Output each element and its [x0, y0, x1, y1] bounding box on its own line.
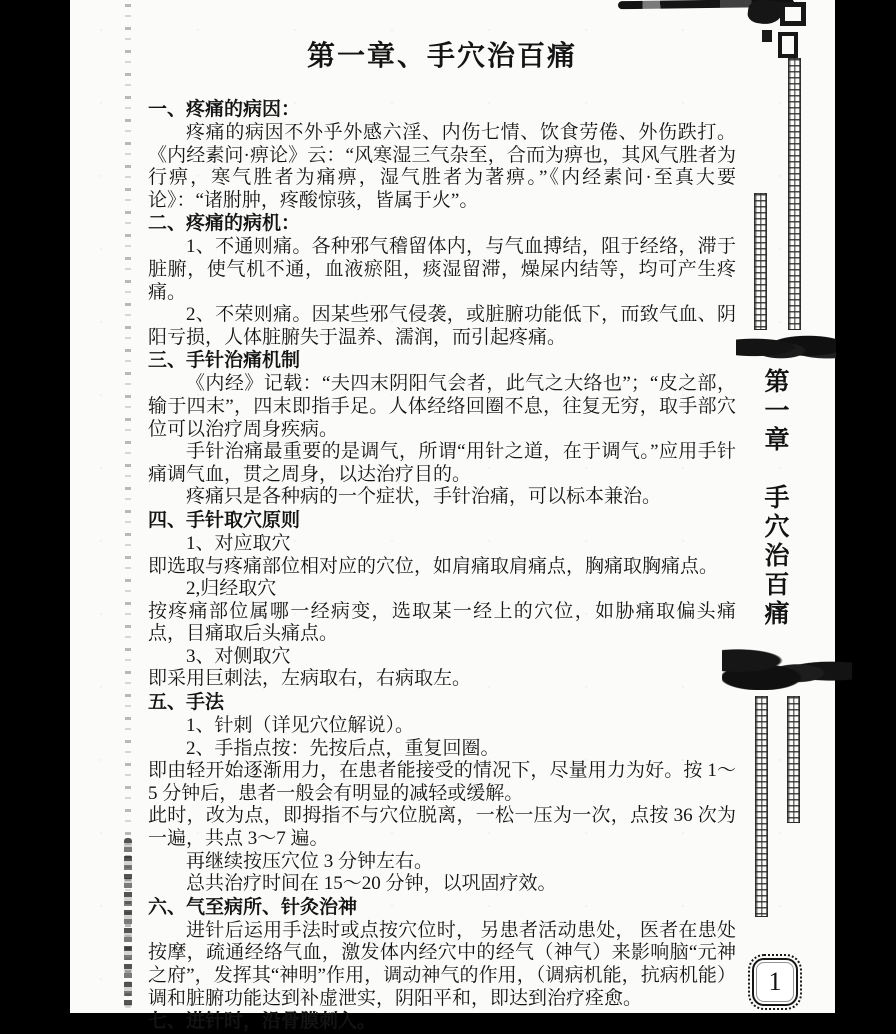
paragraph: 按疼痛部位属哪一经病变，选取某一经上的穴位，如胁痛取偏头痛点，目痛取后头痛点。	[148, 601, 736, 646]
paragraph: 即采用巨刺法，左病取右，右病取左。	[148, 668, 736, 691]
section: 五、手法1、针刺（详见穴位解说）。2、手指点按：先按后点，重复回圈。即由轻开始逐…	[148, 691, 736, 896]
scanned-book-page: 第一章、手穴治百痛 一、疼痛的病因：疼痛的病因不外乎外感六淫、内伤七情、饮食劳倦…	[70, 0, 835, 1013]
section: 三、手针治痛机制《内经》记载：“夫四末阴阳气会者，此气之大络也”；“皮之部，输于…	[148, 349, 736, 509]
section: 一、疼痛的病因：疼痛的病因不外乎外感六淫、内伤七情、饮食劳倦、外伤跌打。《内经素…	[148, 98, 736, 212]
paragraph: 3、对侧取穴	[148, 646, 736, 669]
paragraph: 1、不通则痛。各种邪气稽留体内，与气血搏结，阻于经络，滞于脏腑，使气机不通，血液…	[148, 236, 736, 304]
paragraph: 2、手指点按：先按后点，重复回圈。	[148, 738, 736, 761]
section-heading: 一、疼痛的病因：	[148, 98, 736, 122]
paragraph: 进针后运用手法时或点按穴位时， 另患者活动患处， 医者在患处按摩，疏通经络气血，…	[148, 920, 736, 1010]
page-number-badge: 1	[752, 958, 798, 1006]
section-heading: 五、手法	[148, 691, 736, 715]
section-heading: 四、手针取穴原则	[148, 509, 736, 533]
meander-chain-strip-icon	[754, 193, 767, 330]
margin-chapter-title-vertical: 第一章 手穴治百痛	[756, 368, 792, 668]
section-heading: 七、进针时，沿骨膜刺入。	[148, 1010, 736, 1020]
corner-meander-ornament-icon	[748, 0, 814, 62]
paragraph: 总共治疗时间在 15～20 分钟，以巩固疗效。	[148, 873, 736, 896]
section: 六、气至病所、针灸治神进针后运用手法时或点按穴位时， 另患者活动患处， 医者在患…	[148, 896, 736, 1010]
binding-gutter-noise-dark	[124, 838, 132, 1008]
corner-dot	[762, 30, 772, 42]
paragraph: 此时，改为点，即拇指不与穴位脱离，一松一压为一次，点按 36 次为一遍，共点 3…	[148, 805, 736, 850]
section-heading: 二、疼痛的病机：	[148, 212, 736, 236]
meander-chain-strip-icon	[787, 696, 800, 823]
ink-blot-ornament-icon	[736, 333, 836, 365]
paragraph: 疼痛的病因不外乎外感六淫、内伤七情、饮食劳倦、外伤跌打。《内经素问·痹论》云：“…	[148, 122, 736, 212]
section-heading: 六、气至病所、针灸治神	[148, 896, 736, 920]
sections-container: 一、疼痛的病因：疼痛的病因不外乎外感六淫、内伤七情、饮食劳倦、外伤跌打。《内经素…	[148, 98, 736, 1020]
chapter-title: 第一章、手穴治百痛	[148, 20, 736, 74]
section: 二、疼痛的病机：1、不通则痛。各种邪气稽留体内，与气血搏结，阻于经络，滞于脏腑，…	[148, 212, 736, 349]
corner-square-small	[778, 32, 798, 58]
section-heading: 三、手针治痛机制	[148, 349, 736, 373]
paragraph: 2、不荣则痛。因某些邪气侵袭，或脏腑功能低下，而致气血、阴阳亏损，人体脏腑失于温…	[148, 304, 736, 349]
paragraph: 疼痛只是各种病的一个症状，手针治痛，可以标本兼治。	[148, 486, 736, 509]
section: 四、手针取穴原则1、对应取穴即选取与疼痛部位相对应的穴位，如肩痛取肩痛点，胸痛取…	[148, 509, 736, 691]
meander-chain-strip-icon	[755, 696, 768, 917]
corner-blot	[747, 0, 784, 26]
corner-square-large	[780, 2, 806, 26]
paragraph: 即由轻开始逐渐用力，在患者能接受的情况下，尽量用力为好。按 1～5 分钟后，患者…	[148, 760, 736, 805]
paragraph: 2,归经取穴	[148, 578, 736, 601]
paragraph: 即选取与疼痛部位相对应的穴位，如肩痛取肩痛点，胸痛取胸痛点。	[148, 556, 736, 579]
paragraph: 《内经》记载：“夫四末阴阳气会者，此气之大络也”；“皮之部，输于四末”，四末即指…	[148, 373, 736, 441]
paragraph: 手针治痛最重要的是调气，所谓“用针之道，在于调气。”应用手针痛调气血，贯之周身，…	[148, 441, 736, 486]
paragraph: 1、针刺（详见穴位解说）。	[148, 715, 736, 738]
section: 七、进针时，沿骨膜刺入。	[148, 1010, 736, 1020]
paragraph: 再继续按压穴位 3 分钟左右。	[148, 851, 736, 874]
main-text-column: 第一章、手穴治百痛 一、疼痛的病因：疼痛的病因不外乎外感六淫、内伤七情、饮食劳倦…	[148, 20, 736, 1020]
meander-chain-strip-icon	[788, 58, 801, 330]
paragraph: 1、对应取穴	[148, 533, 736, 556]
